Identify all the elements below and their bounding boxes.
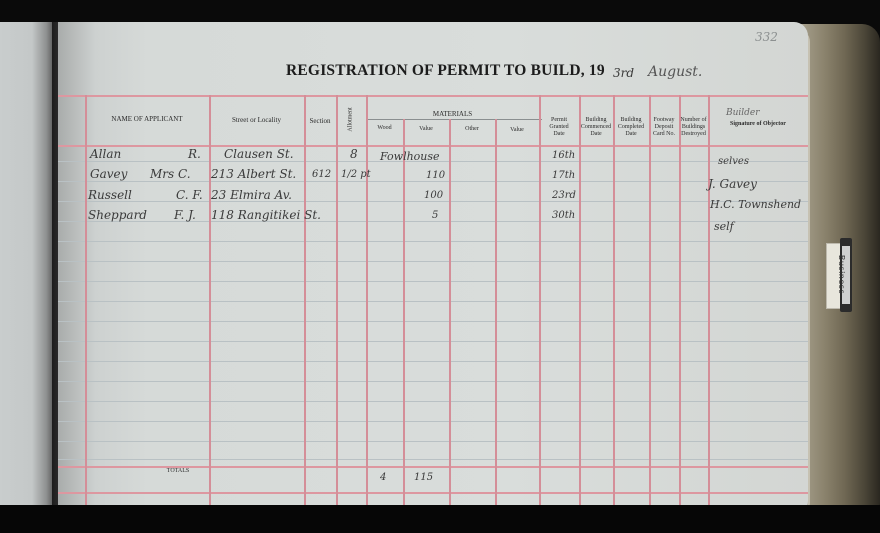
header-street-or-locality: Street or Locality (209, 117, 304, 124)
applicant-surname: Sheppard (88, 208, 147, 222)
header-other: Other (449, 126, 495, 133)
value: 5 (432, 210, 438, 221)
wood: Fowlhouse (380, 150, 440, 163)
page-title: REGISTRATION OF PERMIT TO BUILD, 19 (286, 62, 605, 80)
header-bottom-rule (58, 145, 808, 147)
bottom-shadow (0, 505, 880, 533)
left-page (0, 22, 58, 510)
applicant-surname: Russell (88, 188, 132, 202)
header-value: Value (403, 126, 449, 133)
header-footway-deposit-card-no: FootwayDepositCard No. (649, 117, 679, 138)
title-year-handwritten: 3rd (613, 66, 634, 80)
permit-date: 16th (552, 150, 575, 161)
allotment: 8 (350, 147, 358, 161)
index-tab-label: Business (837, 255, 846, 294)
street: 213 Albert St. (211, 167, 296, 181)
header-name-of-applicant: NAME OF APPLICANT (85, 116, 209, 123)
section: 612 (312, 169, 331, 180)
header-number-of-buildings-destroyed: Number ofBuildingsDestroyed (679, 117, 708, 138)
header-wood: Wood (366, 125, 403, 132)
applicant-initials: F. J. (174, 208, 196, 222)
builder: selves (718, 156, 749, 167)
totals-value: 115 (414, 472, 433, 483)
totals-bottom-rule (58, 492, 808, 494)
totals-label: TOTALS (158, 468, 198, 475)
builder: self (714, 220, 734, 233)
permit-date: 17th (552, 170, 575, 181)
page-number: 332 (755, 30, 778, 44)
totals-wood: 4 (380, 472, 386, 483)
header-signature-of-objector: Signature of Objector (708, 121, 808, 128)
value: 100 (424, 190, 443, 201)
street: Clausen St. (224, 147, 294, 161)
permit-date: 30th (552, 210, 575, 221)
header-materials: MATERIALS (366, 111, 539, 118)
applicant-surname: Gavey (90, 167, 127, 181)
builder: H.C. Townshend (710, 198, 801, 211)
applicant-initials: R. (188, 147, 201, 161)
header-allotment: Allotment (348, 105, 355, 135)
builder: J. Gavey (708, 177, 757, 191)
header-building-commenced-date: BuildingCommencedDate (579, 117, 613, 138)
header-value-other: Value (495, 127, 539, 134)
header-building-completed-date: BuildingCompletedDate (613, 117, 649, 138)
header-top-rule (58, 95, 808, 97)
street: 23 Elmira Av. (211, 188, 292, 202)
materials-divider (368, 119, 542, 120)
permit-date: 23rd (552, 190, 576, 201)
allotment: 1/2 pt (341, 169, 371, 180)
ledger-page: 332 REGISTRATION OF PERMIT TO BUILD, 19 … (58, 22, 808, 515)
street: 118 Rangitikei St. (211, 208, 321, 222)
header-builder-handwritten: Builder (726, 108, 760, 118)
header-permit-granted-date: PermitGrantedDate (539, 117, 579, 138)
title-month-handwritten: August. (648, 64, 702, 80)
header-section: Section (304, 118, 336, 125)
applicant-initials: C. F. (176, 188, 203, 202)
applicant-surname: Allan (90, 147, 121, 161)
applicant-initials: Mrs C. (150, 167, 191, 181)
value: 110 (426, 170, 445, 181)
